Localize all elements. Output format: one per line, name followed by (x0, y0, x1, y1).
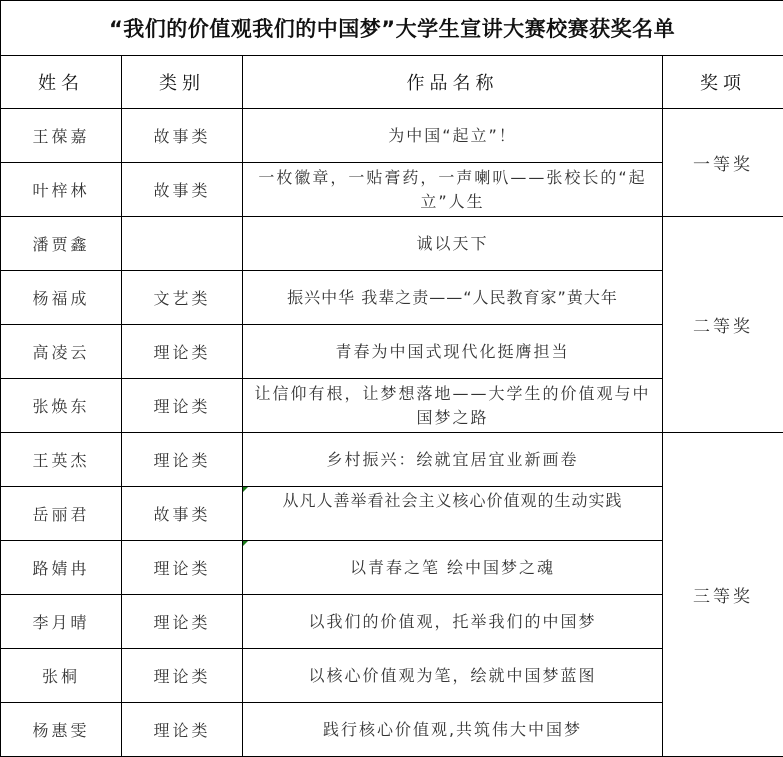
table-row: 潘贾鑫 诚以天下 二等奖 (1, 217, 783, 271)
award-third-prize: 三等奖 (663, 433, 783, 757)
work-cell: 为中国“起立”！ (243, 109, 663, 163)
category-cell: 理论类 (122, 433, 243, 487)
award-first-prize: 一等奖 (663, 109, 783, 217)
name-cell: 路婧冉 (1, 541, 122, 595)
name-cell: 潘贾鑫 (1, 217, 122, 271)
name-cell: 杨福成 (1, 271, 122, 325)
name-cell: 张焕东 (1, 379, 122, 433)
work-cell: 以我们的价值观，托举我们的中国梦 (243, 595, 663, 649)
category-cell: 理论类 (122, 325, 243, 379)
work-cell: 让信仰有根，让梦想落地——大学生的价值观与中国梦之路 (243, 379, 663, 433)
category-cell: 理论类 (122, 649, 243, 703)
award-second-prize: 二等奖 (663, 217, 783, 433)
name-cell: 王葆嘉 (1, 109, 122, 163)
work-cell: 从凡人善举看社会主义核心价值观的生动实践 (243, 487, 663, 541)
work-cell: 乡村振兴：绘就宜居宜业新画卷 (243, 433, 663, 487)
header-work: 作品名称 (243, 56, 663, 109)
work-cell: 诚以天下 (243, 217, 663, 271)
name-cell: 李月晴 (1, 595, 122, 649)
name-cell: 高凌云 (1, 325, 122, 379)
table-row: 王葆嘉 故事类 为中国“起立”！ 一等奖 (1, 109, 783, 163)
name-cell: 杨惠雯 (1, 703, 122, 757)
work-cell: 以青春之笔 绘中国梦之魂 (243, 541, 663, 595)
header-award: 奖项 (663, 56, 783, 109)
name-cell: 叶梓林 (1, 163, 122, 217)
category-cell: 理论类 (122, 541, 243, 595)
category-cell (122, 217, 243, 271)
category-cell: 文艺类 (122, 271, 243, 325)
category-cell: 理论类 (122, 595, 243, 649)
category-cell: 故事类 (122, 109, 243, 163)
work-cell: 一枚徽章，一贴膏药，一声喇叭——张校长的“起立”人生 (243, 163, 663, 217)
work-cell: 振兴中华 我辈之责——“人民教育家”黄大年 (243, 271, 663, 325)
header-category: 类别 (122, 56, 243, 109)
name-cell: 张桐 (1, 649, 122, 703)
header-name: 姓名 (1, 56, 122, 109)
category-cell: 理论类 (122, 379, 243, 433)
category-cell: 故事类 (122, 487, 243, 541)
name-cell: 岳丽君 (1, 487, 122, 541)
award-list-table: “我们的价值观我们的中国梦”大学生宣讲大赛校赛获奖名单 姓名 类别 作品名称 奖… (0, 0, 783, 757)
table-title: “我们的价值观我们的中国梦”大学生宣讲大赛校赛获奖名单 (1, 1, 783, 56)
work-cell: 以核心价值观为笔，绘就中国梦蓝图 (243, 649, 663, 703)
category-cell: 理论类 (122, 703, 243, 757)
table-row: 王英杰 理论类 乡村振兴：绘就宜居宜业新画卷 三等奖 (1, 433, 783, 487)
work-cell: 践行核心价值观,共筑伟大中国梦 (243, 703, 663, 757)
work-cell: 青春为中国式现代化挺膺担当 (243, 325, 663, 379)
category-cell: 故事类 (122, 163, 243, 217)
name-cell: 王英杰 (1, 433, 122, 487)
